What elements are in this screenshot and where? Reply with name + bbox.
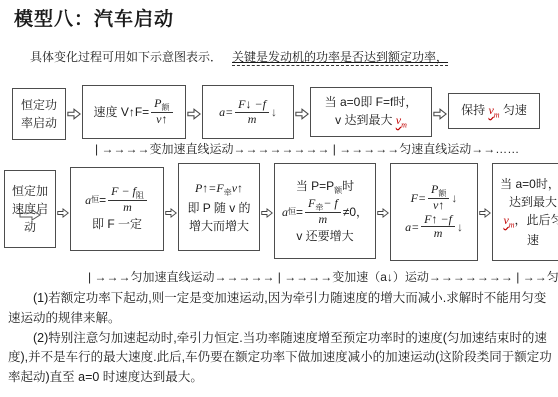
fraction: F − f阻 m — [108, 185, 147, 215]
var-a: a= — [405, 218, 419, 236]
sub-constant: 恒 — [288, 206, 296, 218]
intro-paragraph: 具体变化过程可用如下示意图表示．关键是发动机的功率是否达到额定功率， — [30, 48, 448, 65]
box-line1: P↑=F牵v↑ — [195, 179, 243, 199]
box-line2: v 达到最大 vm — [335, 111, 407, 131]
sub-rated: 额 — [438, 189, 446, 198]
var-F: F= — [411, 189, 426, 207]
flow-box-speed-force-formula: 速度 V↑F= P额 v↑ — [82, 85, 186, 139]
sub-traction: 牵 — [224, 188, 232, 197]
flow-box-acceleration-formula: a= F↓ −f m ↓ — [202, 85, 294, 139]
denominator: m — [235, 113, 269, 127]
box-text: 当 a=0时，v 达到最大 vm，此后匀速 — [498, 175, 558, 249]
flow-arrow-icon — [479, 206, 491, 220]
vmax-symbol: vm — [488, 103, 499, 117]
numerator: F↑ −f — [421, 213, 455, 228]
note-2: (2)特别注意匀加速起动时,牵引力恒定.当功率随速度增至预定功率时的速度(匀加速… — [8, 329, 552, 388]
var-v: v↑ — [232, 181, 243, 195]
vmax-symbol: vm — [396, 113, 407, 127]
flow-row-constant-acceleration: 恒定加速度启动 a恒= F − f阻 m 即 F 一定 P↑=F牵v↑ 即 P … — [4, 163, 558, 263]
flow-box-constant-power-start: 恒定功率启动 — [12, 88, 66, 140]
box-formula2: a= F↑ −f m ↓ — [405, 213, 463, 242]
numerator: F − f — [111, 184, 136, 198]
text-post: 匀速 — [500, 103, 527, 117]
box-line2: a恒= F牵− f m ≠0， — [282, 197, 368, 227]
intro-key-point: 关键是发动机的功率是否达到额定功率， — [232, 50, 448, 66]
formula-text: 速度 V↑F= — [93, 103, 149, 121]
down-arrow-icon: ↓ — [451, 189, 457, 207]
sub-rated: 额 — [334, 186, 342, 195]
text-pre: 保持 — [461, 103, 488, 117]
page-title: 模型八：汽车启动 — [14, 4, 174, 31]
down-arrow-icon: ↓ — [271, 103, 277, 121]
text-pre: 当 a=0时，v 达到最大 — [500, 177, 558, 209]
flow-arrow-icon — [261, 206, 273, 220]
small-arrow-icon — [19, 209, 41, 221]
box-line1: 当 P=P额时 — [296, 177, 354, 197]
box-text: 恒定功率启动 — [17, 96, 61, 132]
box-text: 保持 vm 匀速 — [461, 101, 527, 121]
flow-box-rated-power-reached: 当 P=P额时 a恒= F牵− f m ≠0， v 还要增大 — [274, 163, 376, 259]
var-a: a= — [219, 103, 233, 121]
sub-rated: 额 — [162, 103, 170, 112]
box-formula1: F= P额 v↑ ↓ — [411, 183, 458, 213]
flow-arrow-icon — [165, 206, 177, 220]
flow-box-power-increase: P↑=F牵v↑ 即 P 随 v 的 增大而增大 — [178, 163, 260, 251]
sub-resistance: 阻 — [136, 191, 144, 200]
box-line2: 即 F 一定 — [92, 215, 142, 233]
flow-arrow-icon — [433, 107, 447, 121]
flow-row-constant-power: 恒定功率启动 速度 V↑F= P额 v↑ a= F↓ −f m ↓ 当 a=0即… — [12, 85, 540, 143]
denominator: v↑ — [428, 199, 449, 213]
flow-box-constant-acceleration-start: 恒定加速度启动 — [4, 170, 56, 248]
denominator: m — [305, 213, 341, 227]
fraction: F↓ −f m — [235, 98, 269, 127]
box-line3: v 还要增大 — [296, 227, 353, 245]
numerator: F↓ −f — [235, 98, 269, 113]
var-P: P — [154, 96, 161, 110]
intro-lead-text: 具体变化过程可用如下示意图表示． — [30, 50, 222, 64]
box-line3: 增大而增大 — [189, 217, 249, 235]
formula-text: P↑=F — [195, 181, 224, 195]
flow-box-force-decrease-formula: F= P额 v↑ ↓ a= F↑ −f m ↓ — [390, 163, 478, 261]
flow-arrow-icon — [57, 206, 69, 220]
equals-sign: = — [99, 191, 106, 209]
not-equal-zero: ≠0， — [343, 203, 368, 221]
flow-arrow-icon — [377, 206, 389, 220]
note-1: (1)若额定功率下起动,则一定是变加速运动,因为牵引力随速度的增大而减小.求解时… — [8, 289, 552, 329]
flow-arrow-icon — [187, 107, 201, 121]
text-post: ，此后匀速 — [515, 213, 558, 247]
box-line2: 即 P 随 v 的 — [187, 199, 250, 217]
notes-section: (1)若额定功率下起动,则一定是变加速运动,因为牵引力随速度的增大而减小.求解时… — [8, 289, 552, 388]
denominator: m — [421, 227, 455, 241]
flow-box-max-speed-condition: 当 a=0即 F=f时， v 达到最大 vm — [310, 87, 432, 137]
sub-constant: 恒 — [91, 194, 99, 206]
flow-box-final-max-speed: 当 a=0时，v 达到最大 vm，此后匀速 — [492, 163, 558, 261]
fraction: P额 v↑ — [428, 183, 449, 213]
denominator: m — [108, 201, 147, 215]
fraction: P额 v↑ — [151, 97, 172, 127]
line2-text: v 达到最大 — [335, 113, 396, 127]
sub-m: m — [401, 120, 407, 129]
flow-box-keep-max-speed: 保持 vm 匀速 — [448, 93, 540, 129]
timeline-row1: | →→→→变加速直线运动→→→→→→→→ | →→→→→匀速直线运动→→…… — [95, 140, 519, 157]
fraction: F↑ −f m — [421, 213, 455, 242]
var-v: v↑ — [151, 113, 172, 127]
flow-arrow-icon — [67, 107, 81, 121]
equals-sign: = — [296, 203, 303, 221]
box-line1: 当 a=0即 F=f时， — [325, 93, 418, 111]
flow-box-constant-a-formula: a恒= F − f阻 m 即 F 一定 — [70, 167, 164, 251]
text-pre: 当 P=P — [296, 179, 334, 193]
flow-arrow-icon — [295, 107, 309, 121]
numerator-f: − f — [323, 196, 337, 210]
timeline-row2: | →→→匀加速直线运动→→→→→ | →→→→变加速（a↓）运动→→→→→→→… — [88, 268, 558, 285]
fraction: F牵− f m — [305, 197, 341, 227]
text-post: 时 — [342, 179, 354, 193]
vmax-symbol: vm — [503, 213, 514, 227]
down-arrow-icon: ↓ — [457, 218, 463, 236]
